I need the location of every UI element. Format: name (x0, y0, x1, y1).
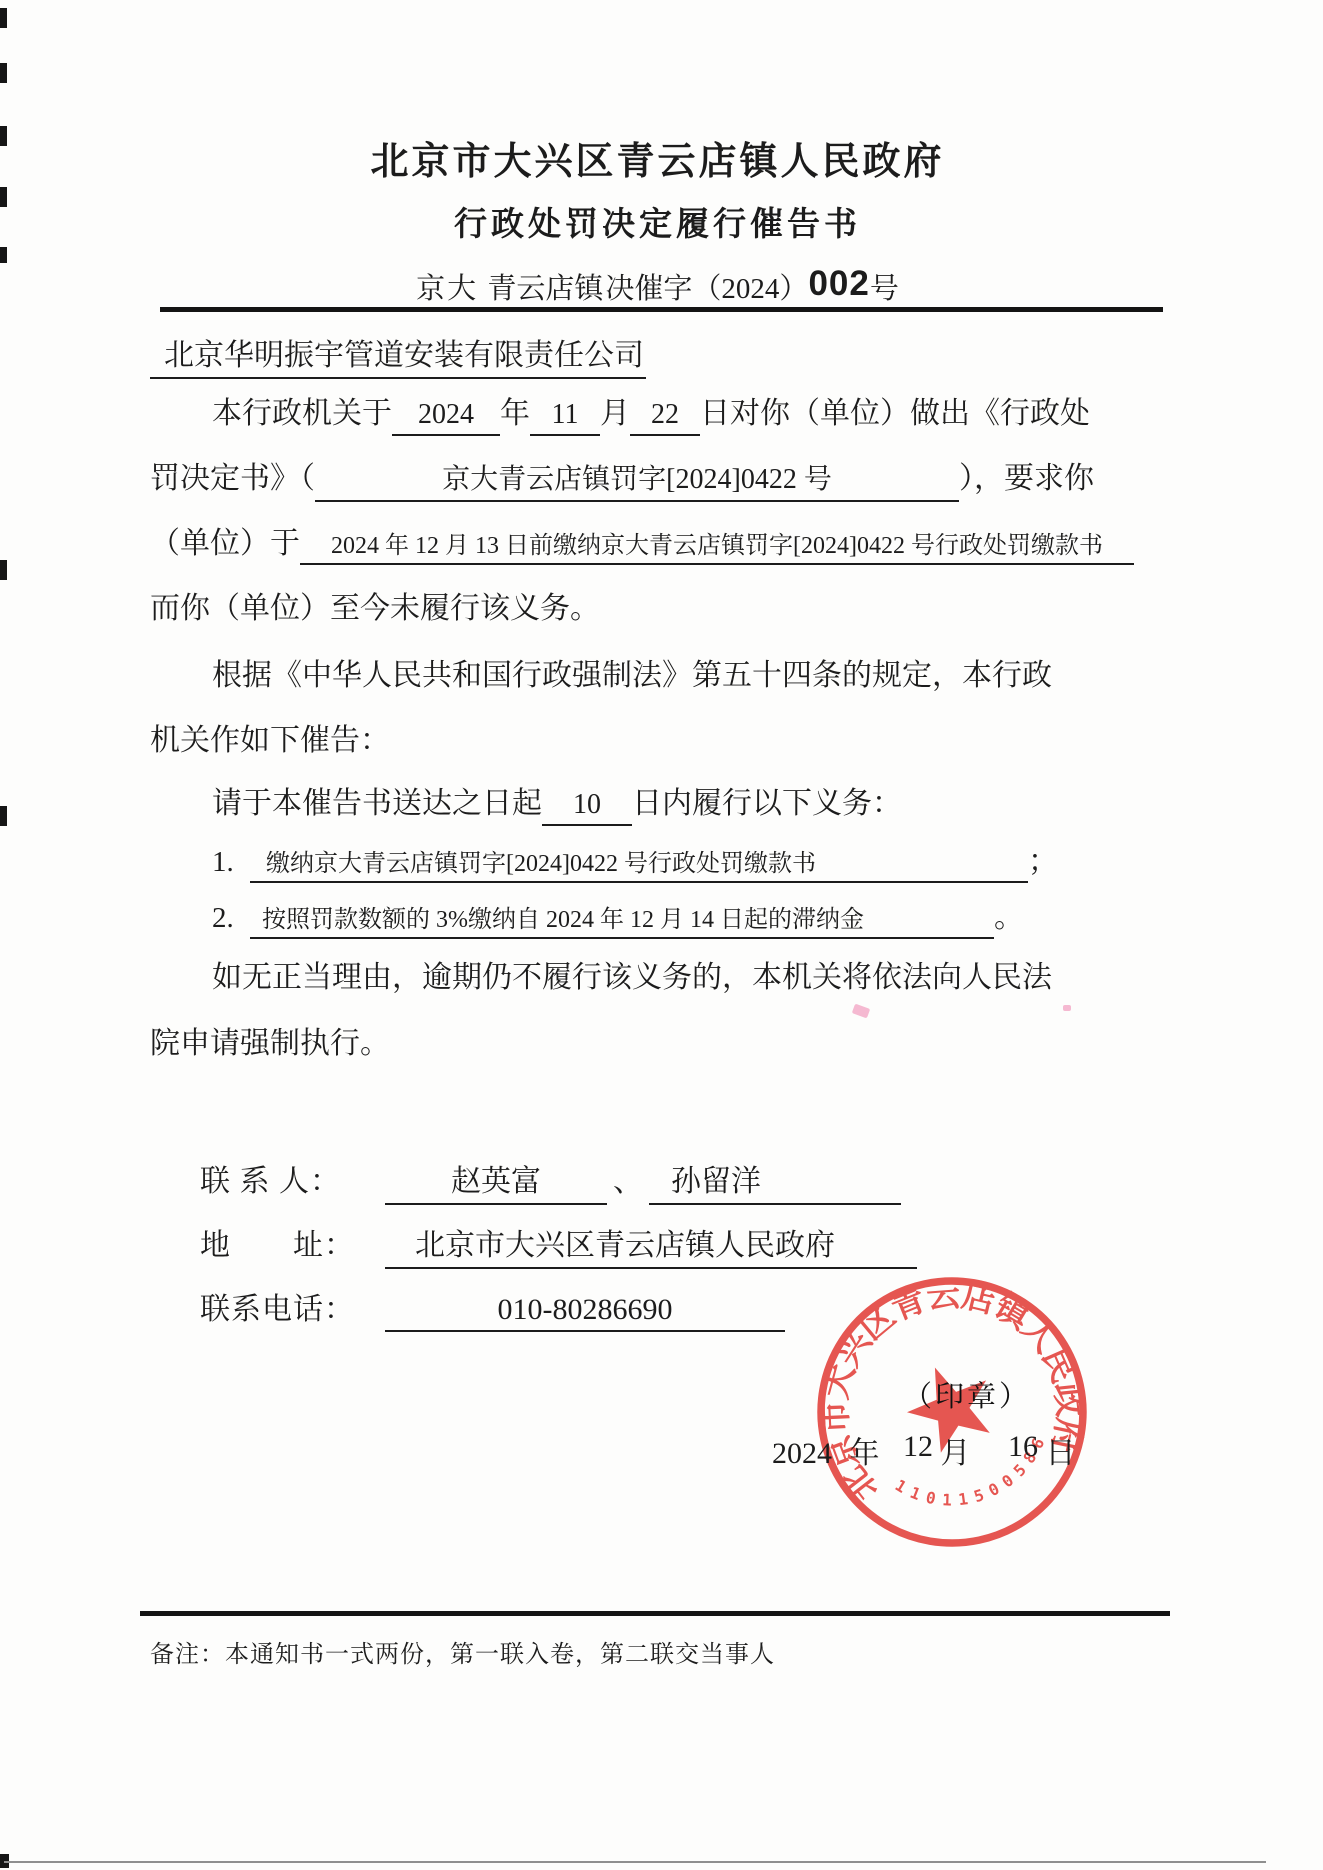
para1-line4: 而你（单位）至今未履行该义务。 (150, 583, 1150, 627)
issue-day: 16 (1008, 1430, 1038, 1463)
contact-phone-value: 010-80286690 (385, 1293, 785, 1332)
punctuation: 。 (994, 901, 1024, 934)
docno-suffix: 号 (870, 273, 899, 305)
contact-address-label: 地 址： (200, 1220, 385, 1264)
para2-line1: 根据《中华人民共和国行政强制法》第五十四条的规定，本行政 (150, 650, 1212, 694)
page-bottom-rule (4, 1861, 1266, 1863)
footer-remark: 备注：本通知书一式两份，第一联入卷，第二联交当事人 (150, 1634, 775, 1669)
scan-artifact (0, 806, 7, 826)
fill-decision-number: 京大青云店镇罚字[2024]0422 号 (315, 457, 959, 502)
punctuation: ； (1028, 845, 1058, 878)
scanned-document-page: 北京市大兴区青云店镇人民政府 行政处罚决定履行催告书 京大 青云店镇决催字（20… (0, 0, 1323, 1870)
scan-artifact (0, 8, 7, 28)
text-segment: 日对你（单位）做出《行政处 (700, 397, 1090, 430)
para1-line2: 罚决定书》（京大青云店镇罚字[2024]0422 号），要求你 (150, 453, 1150, 502)
docno-middle: 决催字（2024） (605, 273, 808, 305)
day-unit: 日 (1046, 1437, 1076, 1470)
para4-line1: 如无正当理由，逾期仍不履行该义务的，本机关将依法向人民法 (150, 952, 1212, 996)
header-divider-rule (160, 307, 1163, 312)
issue-month: 12 (903, 1430, 933, 1463)
scan-artifact (0, 560, 7, 580)
text-segment: ），要求你 (959, 462, 1094, 495)
para1-line3: （单位）于2024 年 12 月 13 日前缴纳京大青云店镇罚字[2024]04… (150, 518, 1150, 565)
year-unit: 年 (850, 1437, 880, 1470)
issue-year: 2024 (772, 1437, 832, 1470)
addressee-name: 北京华明振宇管道安装有限责任公司 (150, 330, 646, 379)
para2-line2: 机关作如下催告： (150, 715, 1150, 759)
footer-divider-rule (140, 1611, 1170, 1616)
para3-line: 请于本催告书送达之日起10日内履行以下义务： (150, 778, 1212, 826)
text-segment: 罚决定书》（ (150, 462, 315, 495)
fill-day: 22 (630, 399, 700, 436)
scan-artifact (0, 187, 7, 207)
text-segment: 年 (500, 397, 530, 430)
text-segment: 本行政机关于 (212, 397, 392, 430)
item-number: 2. (212, 902, 250, 935)
authority-title: 北京市大兴区青云店镇人民政府 (150, 140, 1165, 186)
fill-obligation-2: 按照罚款数额的 3%缴纳自 2024 年 12 月 14 日起的滞纳金 (250, 899, 994, 939)
scan-artifact (1063, 1005, 1071, 1011)
issue-date-line: 2024 年 12 月 16 日 (772, 1428, 1076, 1472)
item-number: 1. (212, 846, 250, 879)
fill-payment-requirement: 2024 年 12 月 13 日前缴纳京大青云店镇罚字[2024]0422 号行… (300, 525, 1134, 565)
contact-person-1: 赵英富 (385, 1156, 607, 1205)
contact-person-label: 联 系 人： (200, 1156, 385, 1200)
text-segment: 请于本催告书送达之日起 (212, 787, 542, 820)
obligation-item-1: 1.缴纳京大青云店镇罚字[2024]0422 号行政处罚缴款书； (150, 836, 1212, 883)
month-unit: 月 (941, 1437, 971, 1470)
contact-separator: 、 (607, 1156, 649, 1200)
text-segment: 日内履行以下义务： (632, 787, 902, 820)
fill-year: 2024 (392, 399, 500, 436)
contact-person-row: 联 系 人：赵英富、孙留洋 (200, 1156, 1200, 1205)
scan-artifact (0, 247, 7, 263)
document-number: 京大 青云店镇决催字（2024）002号 (150, 266, 1165, 307)
fill-obligation-1: 缴纳京大青云店镇罚字[2024]0422 号行政处罚缴款书 (250, 843, 1028, 883)
document-title: 行政处罚决定履行催告书 (150, 204, 1165, 244)
scan-artifact (0, 126, 7, 146)
docno-fill-2: 青云店镇 (485, 273, 605, 309)
para1-line1: 本行政机关于2024年11月22日对你（单位）做出《行政处 (150, 388, 1212, 436)
contact-person-2: 孙留洋 (649, 1156, 901, 1205)
docno-prefix: 京 (416, 273, 445, 305)
para4-line2: 院申请强制执行。 (150, 1018, 1150, 1062)
scan-artifact (852, 1004, 870, 1019)
contact-phone-label: 联系电话： (200, 1284, 385, 1328)
seal-placeholder-label: （印章） (903, 1374, 1031, 1415)
scan-artifact (0, 63, 7, 83)
contact-address-value: 北京市大兴区青云店镇人民政府 (385, 1220, 917, 1269)
fill-days: 10 (542, 789, 632, 826)
addressee-line: 北京华明振宇管道安装有限责任公司 (150, 330, 1150, 379)
docno-fill-1: 大 (445, 273, 478, 309)
text-segment: （单位）于 (150, 527, 300, 560)
text-segment: 月 (600, 397, 630, 430)
obligation-item-2: 2.按照罚款数额的 3%缴纳自 2024 年 12 月 14 日起的滞纳金。 (150, 892, 1212, 939)
fill-month: 11 (530, 399, 600, 436)
docno-serial: 002 (808, 264, 869, 303)
